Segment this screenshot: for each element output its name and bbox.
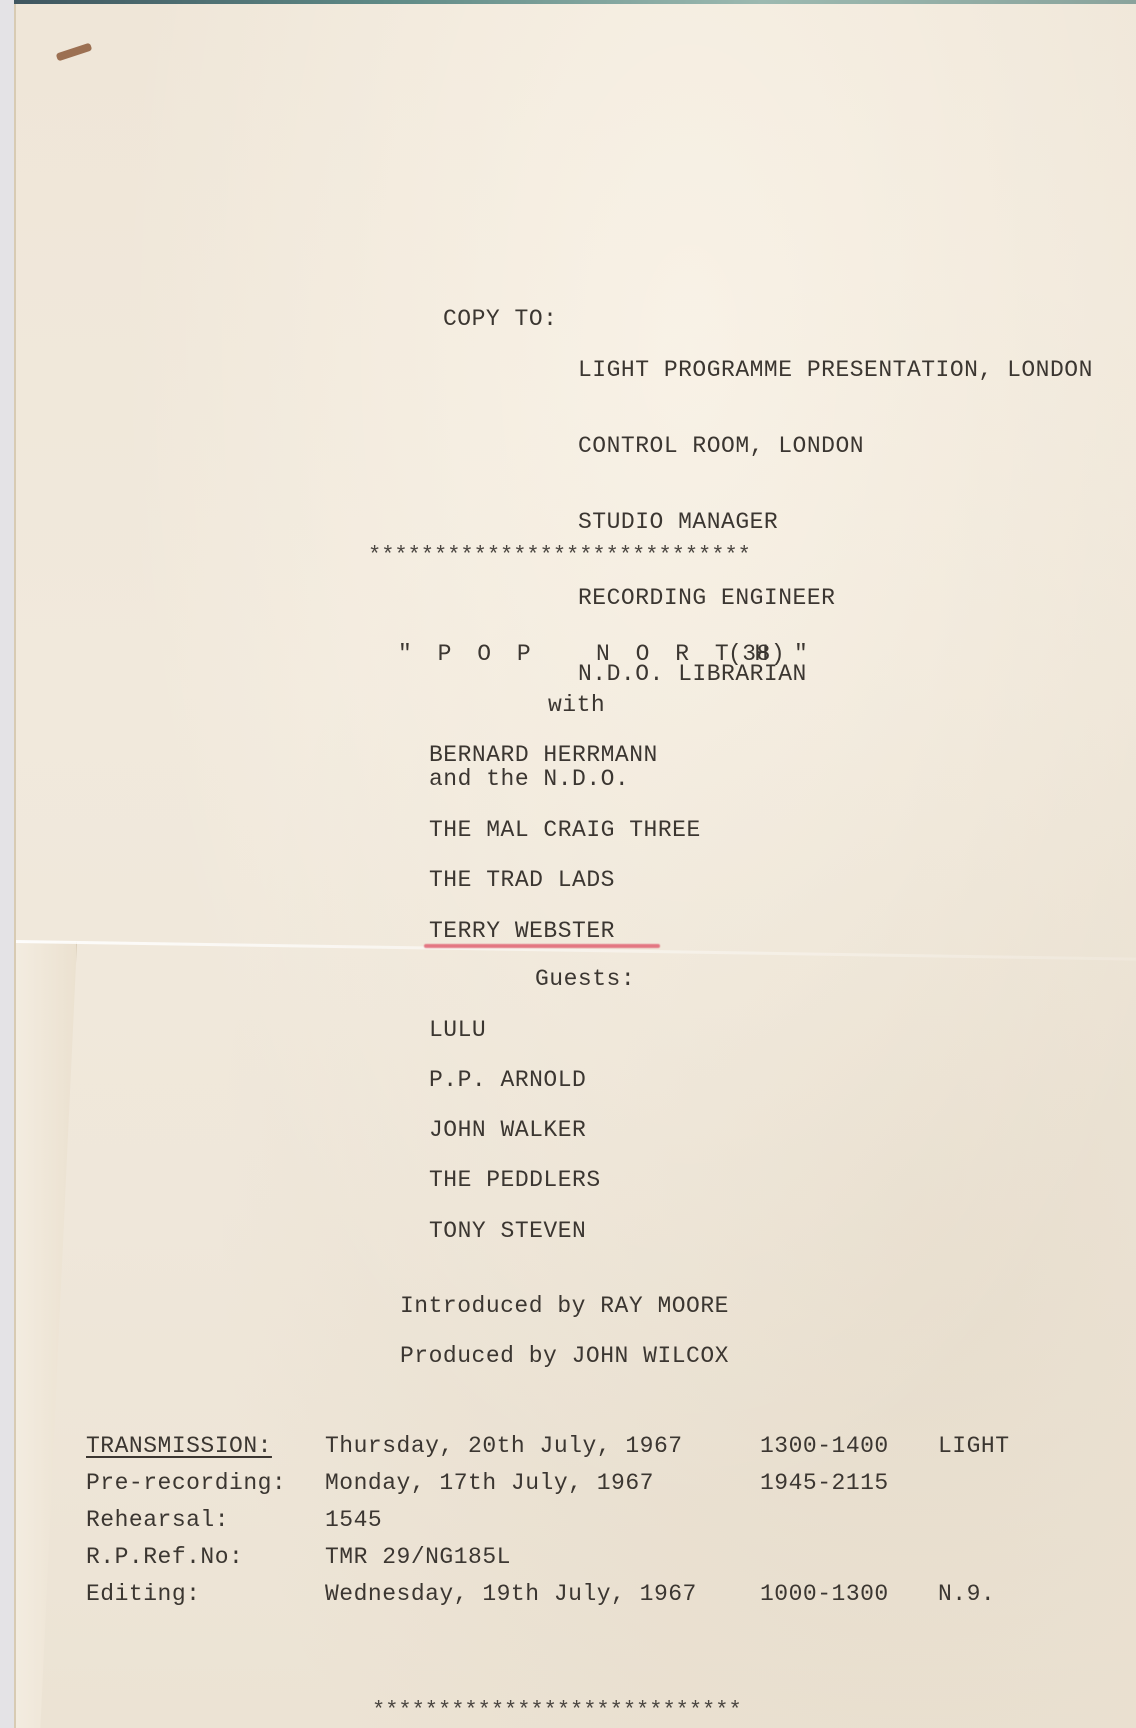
guest-artist: LULU: [429, 1017, 486, 1043]
producer-credit: Produced by JOHN WILCOX: [400, 1343, 729, 1369]
recipient: STUDIO MANAGER: [578, 510, 1093, 534]
schedule-time: 1945-2115: [760, 1470, 889, 1496]
guest-artist: TONY STEVEN: [429, 1218, 586, 1244]
schedule-time: 1300-1400: [760, 1433, 889, 1459]
schedule-label: Rehearsal:: [86, 1507, 229, 1533]
resident-artist: BERNARD HERRMANN: [429, 742, 658, 768]
recipient: RECORDING ENGINEER: [578, 586, 1093, 610]
schedule-label: R.P.Ref.No:: [86, 1544, 243, 1570]
schedule-label-transmission: TRANSMISSION:: [86, 1433, 272, 1459]
schedule-date: 1545: [325, 1507, 382, 1533]
recipient: CONTROL ROOM, LONDON: [578, 434, 1093, 458]
guest-artist: P.P. ARNOLD: [429, 1067, 586, 1093]
schedule-label: Editing:: [86, 1581, 200, 1607]
schedule-date: Wednesday, 19th July, 1967: [325, 1581, 697, 1607]
copy-to-label: COPY TO:: [443, 306, 557, 332]
resident-artist: THE MAL CRAIG THREE: [429, 817, 701, 843]
resident-artist: TERRY WEBSTER: [429, 918, 615, 944]
schedule-reference: TMR 29/NG185L: [325, 1544, 511, 1570]
schedule-time: 1000-1300: [760, 1581, 889, 1607]
separator-top: *****************************: [368, 543, 751, 569]
resident-artist: THE TRAD LADS: [429, 867, 615, 893]
schedule-note: N.9.: [938, 1581, 995, 1607]
schedule-date: Thursday, 20th July, 1967: [325, 1433, 683, 1459]
guest-artist: THE PEDDLERS: [429, 1167, 601, 1193]
presenter-credit: Introduced by RAY MOORE: [400, 1293, 729, 1319]
with-label: with: [548, 692, 605, 718]
separator-bottom: ****************************: [372, 1698, 742, 1724]
red-pencil-underline: [424, 944, 660, 948]
recipient: LIGHT PROGRAMME PRESENTATION, LONDON: [578, 358, 1093, 382]
schedule-label: Pre-recording:: [86, 1470, 286, 1496]
schedule-date: Monday, 17th July, 1967: [325, 1470, 654, 1496]
programme-number: (38): [728, 641, 785, 667]
guests-heading: Guests:: [535, 966, 635, 992]
resident-artist-sub: and the N.D.O.: [429, 766, 629, 792]
guest-artist: JOHN WALKER: [429, 1117, 586, 1143]
schedule-note: LIGHT: [938, 1433, 1010, 1459]
